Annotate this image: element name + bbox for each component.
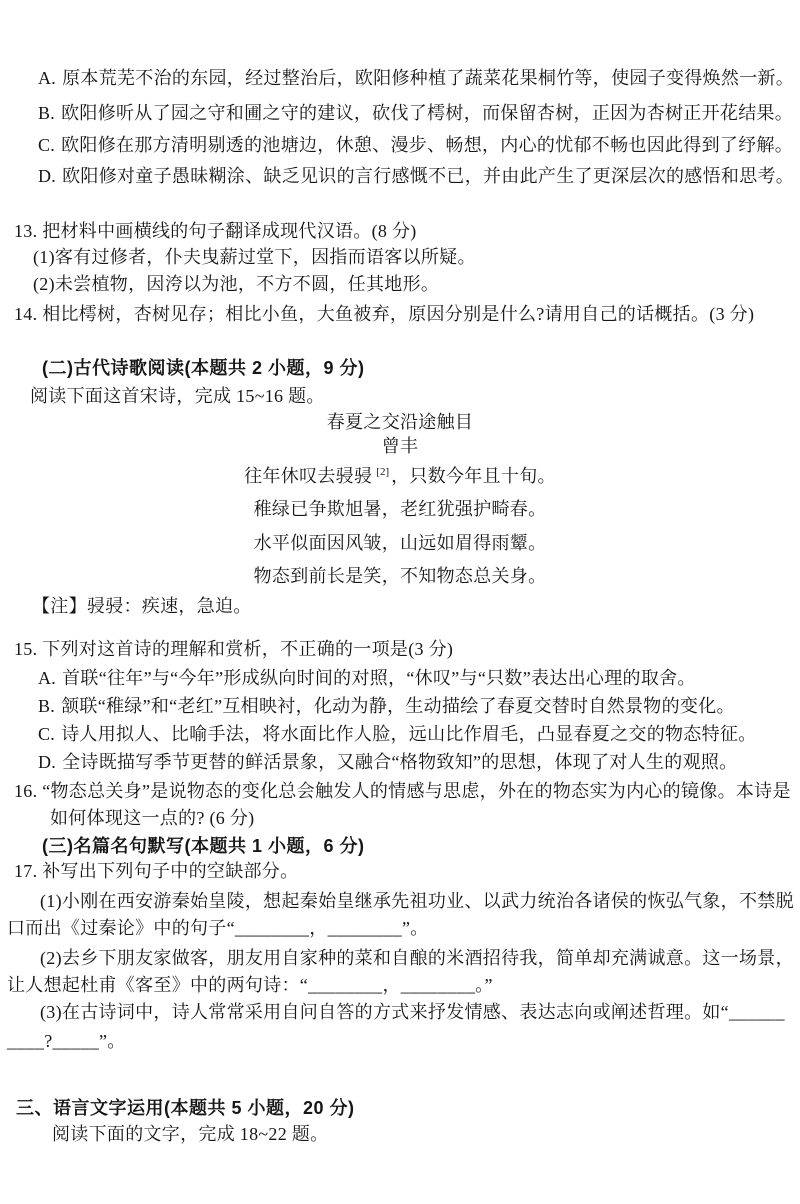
q12-option-c-label: C. — [38, 135, 55, 155]
q17-item-3-line-1: (3)在古诗词中，诗人常常采用自问自答的方式来抒发情感、表达志向或阐述哲理。如“… — [40, 1002, 785, 1023]
section-dictation-header: (三)名篇名句默写(本题共 1 小题，6 分) — [42, 836, 365, 857]
q15-option-b: B.颔联“稚绿”和“老红”互相映衬，化动为静，生动描绘了春夏交替时自然景物的变化… — [38, 696, 735, 717]
q17-item-1-line-1: (1)小刚在西安游秦始皇陵，想起秦始皇继承先祖功业、以武力统治各诸侯的恢弘气象，… — [40, 891, 794, 912]
q13-item-2: (2)未尝植物，因洿以为池，不方不圆，任其地形。 — [33, 274, 439, 295]
q15-option-d-text: 全诗既描写季节更替的鲜活景象，又融合“格物致知”的思想，体现了对人生的观照。 — [62, 752, 737, 772]
q12-option-b-text: 欧阳修听从了园之守和圃之守的建议，砍伐了樗树，而保留杏树，正因为杏树正开花结果。 — [61, 103, 793, 123]
q15-option-a: A.首联“往年”与“今年”形成纵向时间的对照，“休叹”与“只数”表达出心理的取舍… — [38, 668, 696, 689]
q12-option-d: D.欧阳修对童子愚昧糊涂、缺乏见识的言行感慨不已，并由此产生了更深层次的感悟和思… — [38, 166, 794, 187]
q12-option-c: C.欧阳修在那方清明剔透的池塘边，休憩、漫步、畅想，内心的忧郁不畅也因此得到了纾… — [38, 135, 793, 156]
q12-option-d-label: D. — [38, 166, 56, 186]
footnote-marker: [2] — [376, 466, 389, 478]
q13-stem: 13. 把材料中画横线的句子翻译成现代汉语。(8 分) — [14, 221, 417, 242]
q12-option-a-text: 原本荒芜不治的东园，经过整治后，欧阳修种植了蔬菜花果桐竹等，使园子变得焕然一新。 — [62, 68, 794, 88]
q16-line-2: 如何体现这一点的? (6 分) — [50, 808, 254, 829]
section-language-header: 三、语言文字运用(本题共 5 小题，20 分) — [16, 1098, 355, 1119]
q12-option-a-label: A. — [38, 68, 56, 88]
q12-option-c-text: 欧阳修在那方清明剔透的池塘边，休憩、漫步、畅想，内心的忧郁不畅也因此得到了纾解。 — [61, 135, 793, 155]
poem-title: 春夏之交沿途触目 — [0, 412, 800, 433]
section-language-intro: 阅读下面的文字，完成 18~22 题。 — [52, 1124, 328, 1145]
q15-option-c-text: 诗人用拟人、比喻手法，将水面比作人脸，远山比作眉毛，凸显春夏之交的物态特征。 — [61, 724, 756, 744]
q15-stem: 15. 下列对这首诗的理解和赏析，不正确的一项是(3 分) — [14, 639, 453, 660]
q14-stem: 14. 相比樗树，杏树见存；相比小鱼，大鱼被弃，原因分别是什么?请用自己的话概括… — [14, 304, 754, 325]
q15-option-b-label: B. — [38, 696, 55, 716]
section-poetry-header: (二)古代诗歌阅读(本题共 2 小题，9 分) — [42, 358, 365, 379]
q15-option-a-label: A. — [38, 668, 56, 688]
poem-author: 曾丰 — [0, 436, 800, 457]
poem-line-1: 往年休叹去骎骎[2]，只数今年且十旬。 — [0, 462, 800, 487]
exam-paper-page: A.原本荒芜不治的东园，经过整治后，欧阳修种植了蔬菜花果桐竹等，使园子变得焕然一… — [0, 0, 800, 1204]
q17-item-2-line-1: (2)去乡下朋友家做客，朋友用自家种的菜和自酿的米酒招待我，简单却充满诚意。这一… — [40, 948, 794, 969]
q17-item-1-line-2: 口而出《过秦论》中的句子“________，________”。 — [7, 918, 429, 939]
poem-line-3: 水平似面因风皱，山远如眉得雨颦。 — [0, 533, 800, 554]
q12-option-a: A.原本荒芜不治的东园，经过整治后，欧阳修种植了蔬菜花果桐竹等，使园子变得焕然一… — [38, 68, 794, 89]
poem-line-1-rest: ，只数今年且十旬。 — [391, 466, 556, 486]
poem-line-4: 物态到前长是笑，不知物态总关身。 — [0, 566, 800, 587]
q12-option-b: B.欧阳修听从了园之守和圃之守的建议，砍伐了樗树，而保留杏树，正因为杏树正开花结… — [38, 103, 793, 124]
poem-line-2: 稚绿已争欺旭暑，老红犹强护畸春。 — [0, 499, 800, 520]
q16-line-1: 16. “物态总关身”是说物态的变化总会触发人的情感与思虑，外在的物态实为内心的… — [14, 781, 791, 802]
q12-option-d-text: 欧阳修对童子愚昧糊涂、缺乏见识的言行感慨不已，并由此产生了更深层次的感悟和思考。 — [62, 166, 794, 186]
q17-stem: 17. 补写出下列句子中的空缺部分。 — [14, 861, 298, 882]
q13-item-1: (1)客有过修者，仆夫曳薪过堂下，因指而语客以所疑。 — [33, 247, 476, 268]
q17-item-2-line-2: 让人想起杜甫《客至》中的两句诗：“________，________。” — [7, 975, 493, 996]
q15-option-d-label: D. — [38, 752, 56, 772]
q17-item-3-line-2: ____?_____”。 — [7, 1031, 126, 1052]
q15-option-a-text: 首联“往年”与“今年”形成纵向时间的对照，“休叹”与“只数”表达出心理的取舍。 — [62, 668, 696, 688]
q15-option-b-text: 颔联“稚绿”和“老红”互相映衬，化动为静，生动描绘了春夏交替时自然景物的变化。 — [61, 696, 735, 716]
q15-option-d: D.全诗既描写季节更替的鲜活景象，又融合“格物致知”的思想，体现了对人生的观照。 — [38, 752, 737, 773]
poem-line-1-text: 往年休叹去骎骎 — [244, 466, 372, 486]
q15-option-c: C.诗人用拟人、比喻手法，将水面比作人脸，远山比作眉毛，凸显春夏之交的物态特征。 — [38, 724, 757, 745]
poem-note: 【注】骎骎：疾速，急迫。 — [32, 596, 252, 617]
section-poetry-intro: 阅读下面这首宋诗，完成 15~16 题。 — [30, 386, 325, 407]
q15-option-c-label: C. — [38, 724, 55, 744]
q12-option-b-label: B. — [38, 103, 55, 123]
